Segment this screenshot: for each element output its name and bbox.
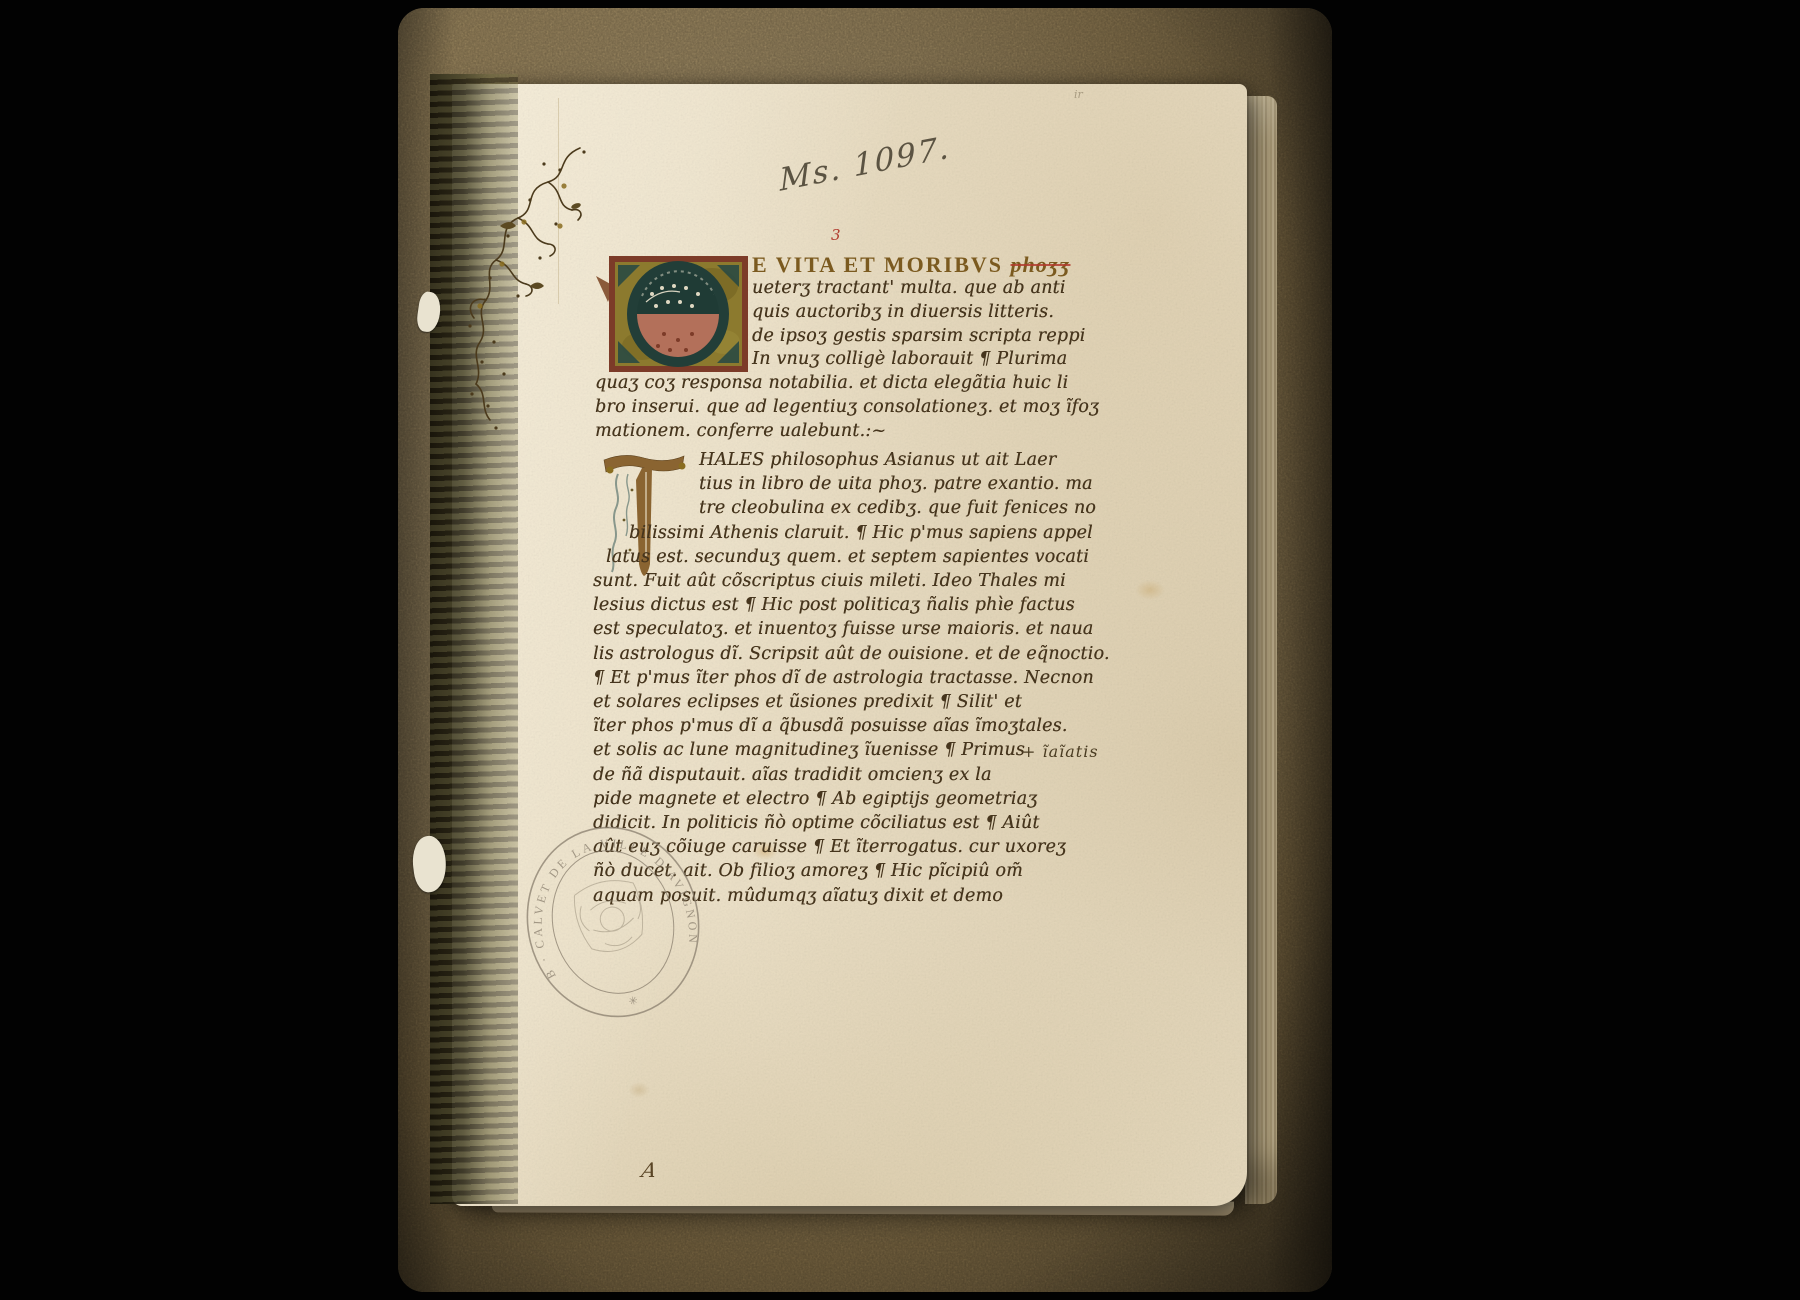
manuscript-line: lis astrologus dĩ. Scripsit aût de ouisi… xyxy=(593,642,1110,666)
chapter-heading: E VITA ET MORIBVS phoʒʒ xyxy=(752,252,1070,278)
manuscript-line: de ipsoʒ gestis sparsim scripta reppi xyxy=(752,325,1099,349)
heading-abbreviation: phoʒʒ xyxy=(1011,252,1071,277)
manuscript-line: In vnuʒ colligè laborauit ¶ Plurima xyxy=(752,348,1099,372)
stamp-symbol: ✳ xyxy=(627,994,639,1009)
folio-number: 3 xyxy=(831,226,841,244)
manuscript-line: et solares eclipses et ũsiones predixit … xyxy=(593,690,1110,714)
manuscript-line: HALES philosophus Asianus ut ait Laer xyxy=(699,448,1110,472)
manuscript-line: lesius dictus est ¶ Hic post politicaʒ ñ… xyxy=(593,593,1110,617)
manuscript-line: ĩter phos p'mus dĩ a q̃busdã posuisse aĩ… xyxy=(593,714,1110,738)
manuscript-line: de ñã disputauit. aĩas tradidit omcienʒ … xyxy=(593,763,1110,787)
manuscript-line: bilissimi Athenis claruit. ¶ Hic p'mus s… xyxy=(629,521,1110,545)
manuscript-line: mationem. conferre ualebunt.:~ xyxy=(595,420,1099,444)
manuscript-line: quis auctoribʒ in diuersis litteris. xyxy=(752,301,1099,325)
corner-folio-mark: ir xyxy=(1074,88,1083,101)
heading-text: E VITA ET MORIBVS xyxy=(752,252,1003,277)
svg-text:B · CALVET DE LA VILLE D'AVIGN: B · CALVET DE LA VILLE D'AVIGNON xyxy=(511,818,706,986)
prologue-paragraph: ueterʒ tractant' multa. que ab antiquis … xyxy=(595,277,1099,444)
manuscript-photo: Ms. 1097. 3 ir xyxy=(0,0,1800,1300)
manuscript-line: ¶ Et p'mus ĩter phos dĩ de astrologia tr… xyxy=(593,666,1110,690)
manuscript-line: quaʒ coʒ responsa notabilia. et dicta el… xyxy=(595,372,1099,396)
stamp-text: B · CALVET DE LA VILLE D'AVIGNON xyxy=(511,818,706,986)
marginal-annotation: + ĩaĩatis xyxy=(1022,742,1099,761)
manuscript-line: est speculatoʒ. et inuentoʒ fuisse urse … xyxy=(593,617,1110,641)
manuscript-line: latus est. secunduʒ quem. et septem sapi… xyxy=(606,545,1110,569)
manuscript-line: ueterʒ tractant' multa. que ab anti xyxy=(752,277,1099,301)
manuscript-line: tre cleobulina ex cedibʒ. que fuit fenic… xyxy=(699,496,1110,520)
page-stack-fore-edge xyxy=(1245,96,1277,1204)
manuscript-line: tius in libro de uita phoʒ. patre exanti… xyxy=(699,472,1110,496)
manuscript-line: sunt. Fuit aût cõscriptus ciuis mileti. … xyxy=(593,569,1110,593)
manuscript-line: bro inserui. que ad legentiuʒ consolatio… xyxy=(595,396,1099,420)
